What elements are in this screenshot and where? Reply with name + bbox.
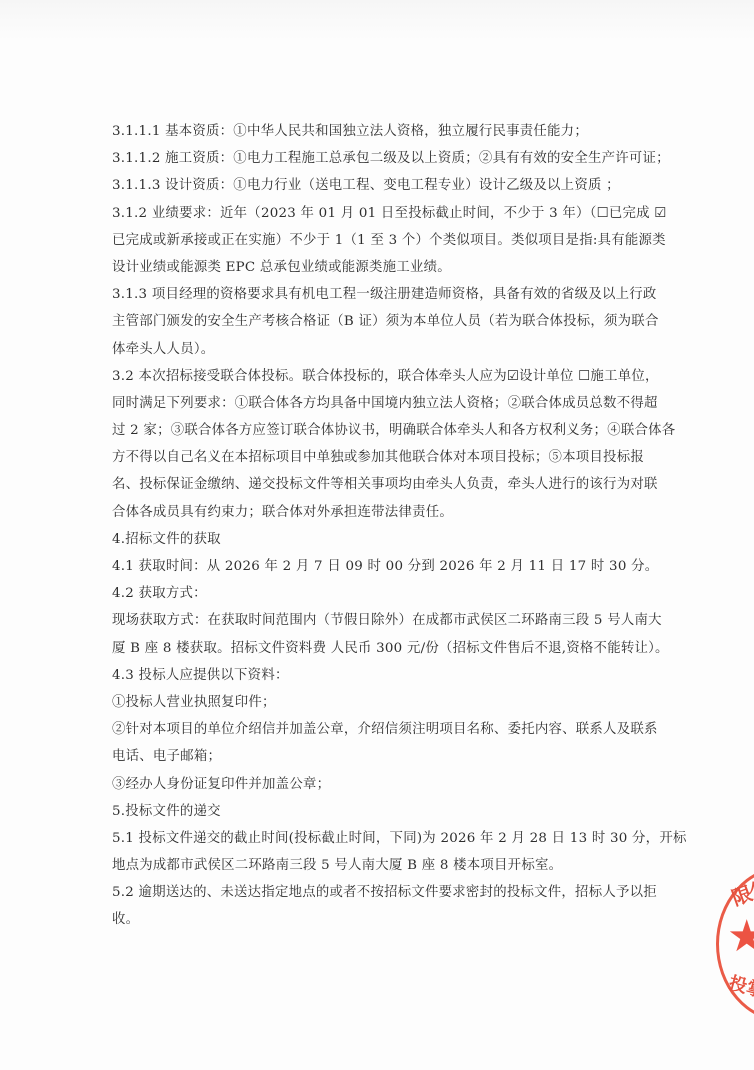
clause-3-2-consortium-line-1: 3.2 本次招标接受联合体投标。联合体投标的，联合体牵头人应为☑设计单位 ☐施工… [112,363,626,390]
clause-3-2-consortium-line-6: 合体各成员具有约束力；联合体对外承担连带法律责任。 [112,499,626,526]
clause-3-1-3-manager-line-3: 体牵头人人员）。 [112,336,626,363]
company-seal: 限公 ★ 投掌 [716,866,754,1022]
clause-3-2-consortium-line-2: 同时满足下列要求：①联合体各方均具备中国境内独立法人资格；②联合体成员总数不得超 [112,390,626,417]
clause-3-1-3-manager-line-2: 主管部门颁发的安全生产考核合格证（B 证）须为本单位人员（若为联合体投标，须为联… [112,308,626,335]
clause-3-2-consortium-line-5: 名、投标保证金缴纳、递交投标文件等相关事项均由牵头人负责，牵头人进行的该行为对联 [112,471,626,498]
clause-3-2-consortium-line-3: 过 2 家；③联合体各方应签订联合体协议书，明确联合体牵头人和各方权利义务；④联… [112,417,626,444]
seal-star-icon: ★ [727,915,754,959]
clause-5-1-deadline-line-2: 地点为成都市武侯区二环路南三段 5 号人南大厦 B 座 8 楼本项目开标室。 [112,852,626,879]
document-body: 3.1.1.1 基本资质：①中华人民共和国独立法人资格，独立履行民事责任能力； … [112,118,626,934]
clause-3-1-1-2-construction-qualification: 3.1.1.2 施工资质：①电力工程施工总承包二级及以上资质；②具有有效的安全生… [112,145,626,172]
clause-3-1-1-1-basic-qualification: 3.1.1.1 基本资质：①中华人民共和国独立法人资格，独立履行民事责任能力； [112,118,626,145]
scan-bleed-through [0,0,754,40]
onsite-acquisition-line-2: 厦 B 座 8 楼获取。招标文件资料费 人民币 300 元/份（招标文件售后不退… [112,635,626,662]
clause-3-1-2-performance-line-3: 设计业绩或能源类 EPC 总承包业绩或能源类施工业绩。 [112,254,626,281]
clause-3-1-3-manager-line-1: 3.1.3 项目经理的资格要求具有机电工程一级注册建造师资格，具备有效的省级及以… [112,281,626,308]
onsite-acquisition-line-1: 现场获取方式：在获取时间范围内（节假日除外）在成都市武侯区二环路南三段 5 号人… [112,607,626,634]
seal-text-top: 限公 [727,872,754,912]
clause-3-2-consortium-line-4: 方不得以自己名义在本招标项目中单独或参加其他联合体对本项目投标；⑤本项目投标报 [112,444,626,471]
clause-4-2-acquisition-method: 4.2 获取方式： [112,580,626,607]
material-item-2-line-1: ②针对本项目的单位介绍信并加盖公章，介绍信须注明项目名称、委托内容、联系人及联系 [112,716,626,743]
clause-4-3-required-materials: 4.3 投标人应提供以下资料： [112,662,626,689]
clause-5-1-deadline-line-1: 5.1 投标文件递交的截止时间(投标截止时间，下同)为 2026 年 2 月 2… [112,825,626,852]
material-item-2-line-2: 电话、电子邮箱； [112,743,626,770]
clause-3-1-2-performance-line-1: 3.1.2 业绩要求：近年（2023 年 01 月 01 日至投标截止时间，不少… [112,200,626,227]
material-item-1: ①投标人营业执照复印件； [112,689,626,716]
material-item-3: ③经办人身份证复印件并加盖公章； [112,771,626,798]
section-4-heading: 4.招标文件的获取 [112,526,626,553]
section-5-heading: 5.投标文件的递交 [112,798,626,825]
clause-4-1-acquisition-time: 4.1 获取时间：从 2026 年 2 月 7 日 09 时 00 分到 202… [112,553,626,580]
clause-3-1-2-performance-line-2: 已完成或新承接或正在实施）不少于 1（1 至 3 个）个类似项目。类似项目是指:… [112,227,626,254]
seal-text-bottom: 投掌 [726,969,754,1003]
clause-3-1-1-3-design-qualification: 3.1.1.3 设计资质：①电力行业（送电工程、变电工程专业）设计乙级及以上资质… [112,172,626,199]
clause-5-2-rejection-line-1: 5.2 逾期送达的、未送达指定地点的或者不按招标文件要求密封的投标文件，招标人予… [112,879,626,906]
document-page: 3.1.1.1 基本资质：①中华人民共和国独立法人资格，独立履行民事责任能力； … [0,0,754,1070]
clause-5-2-rejection-line-2: 收。 [112,906,626,933]
company-seal-clip: 限公 ★ 投掌 [700,850,754,1040]
